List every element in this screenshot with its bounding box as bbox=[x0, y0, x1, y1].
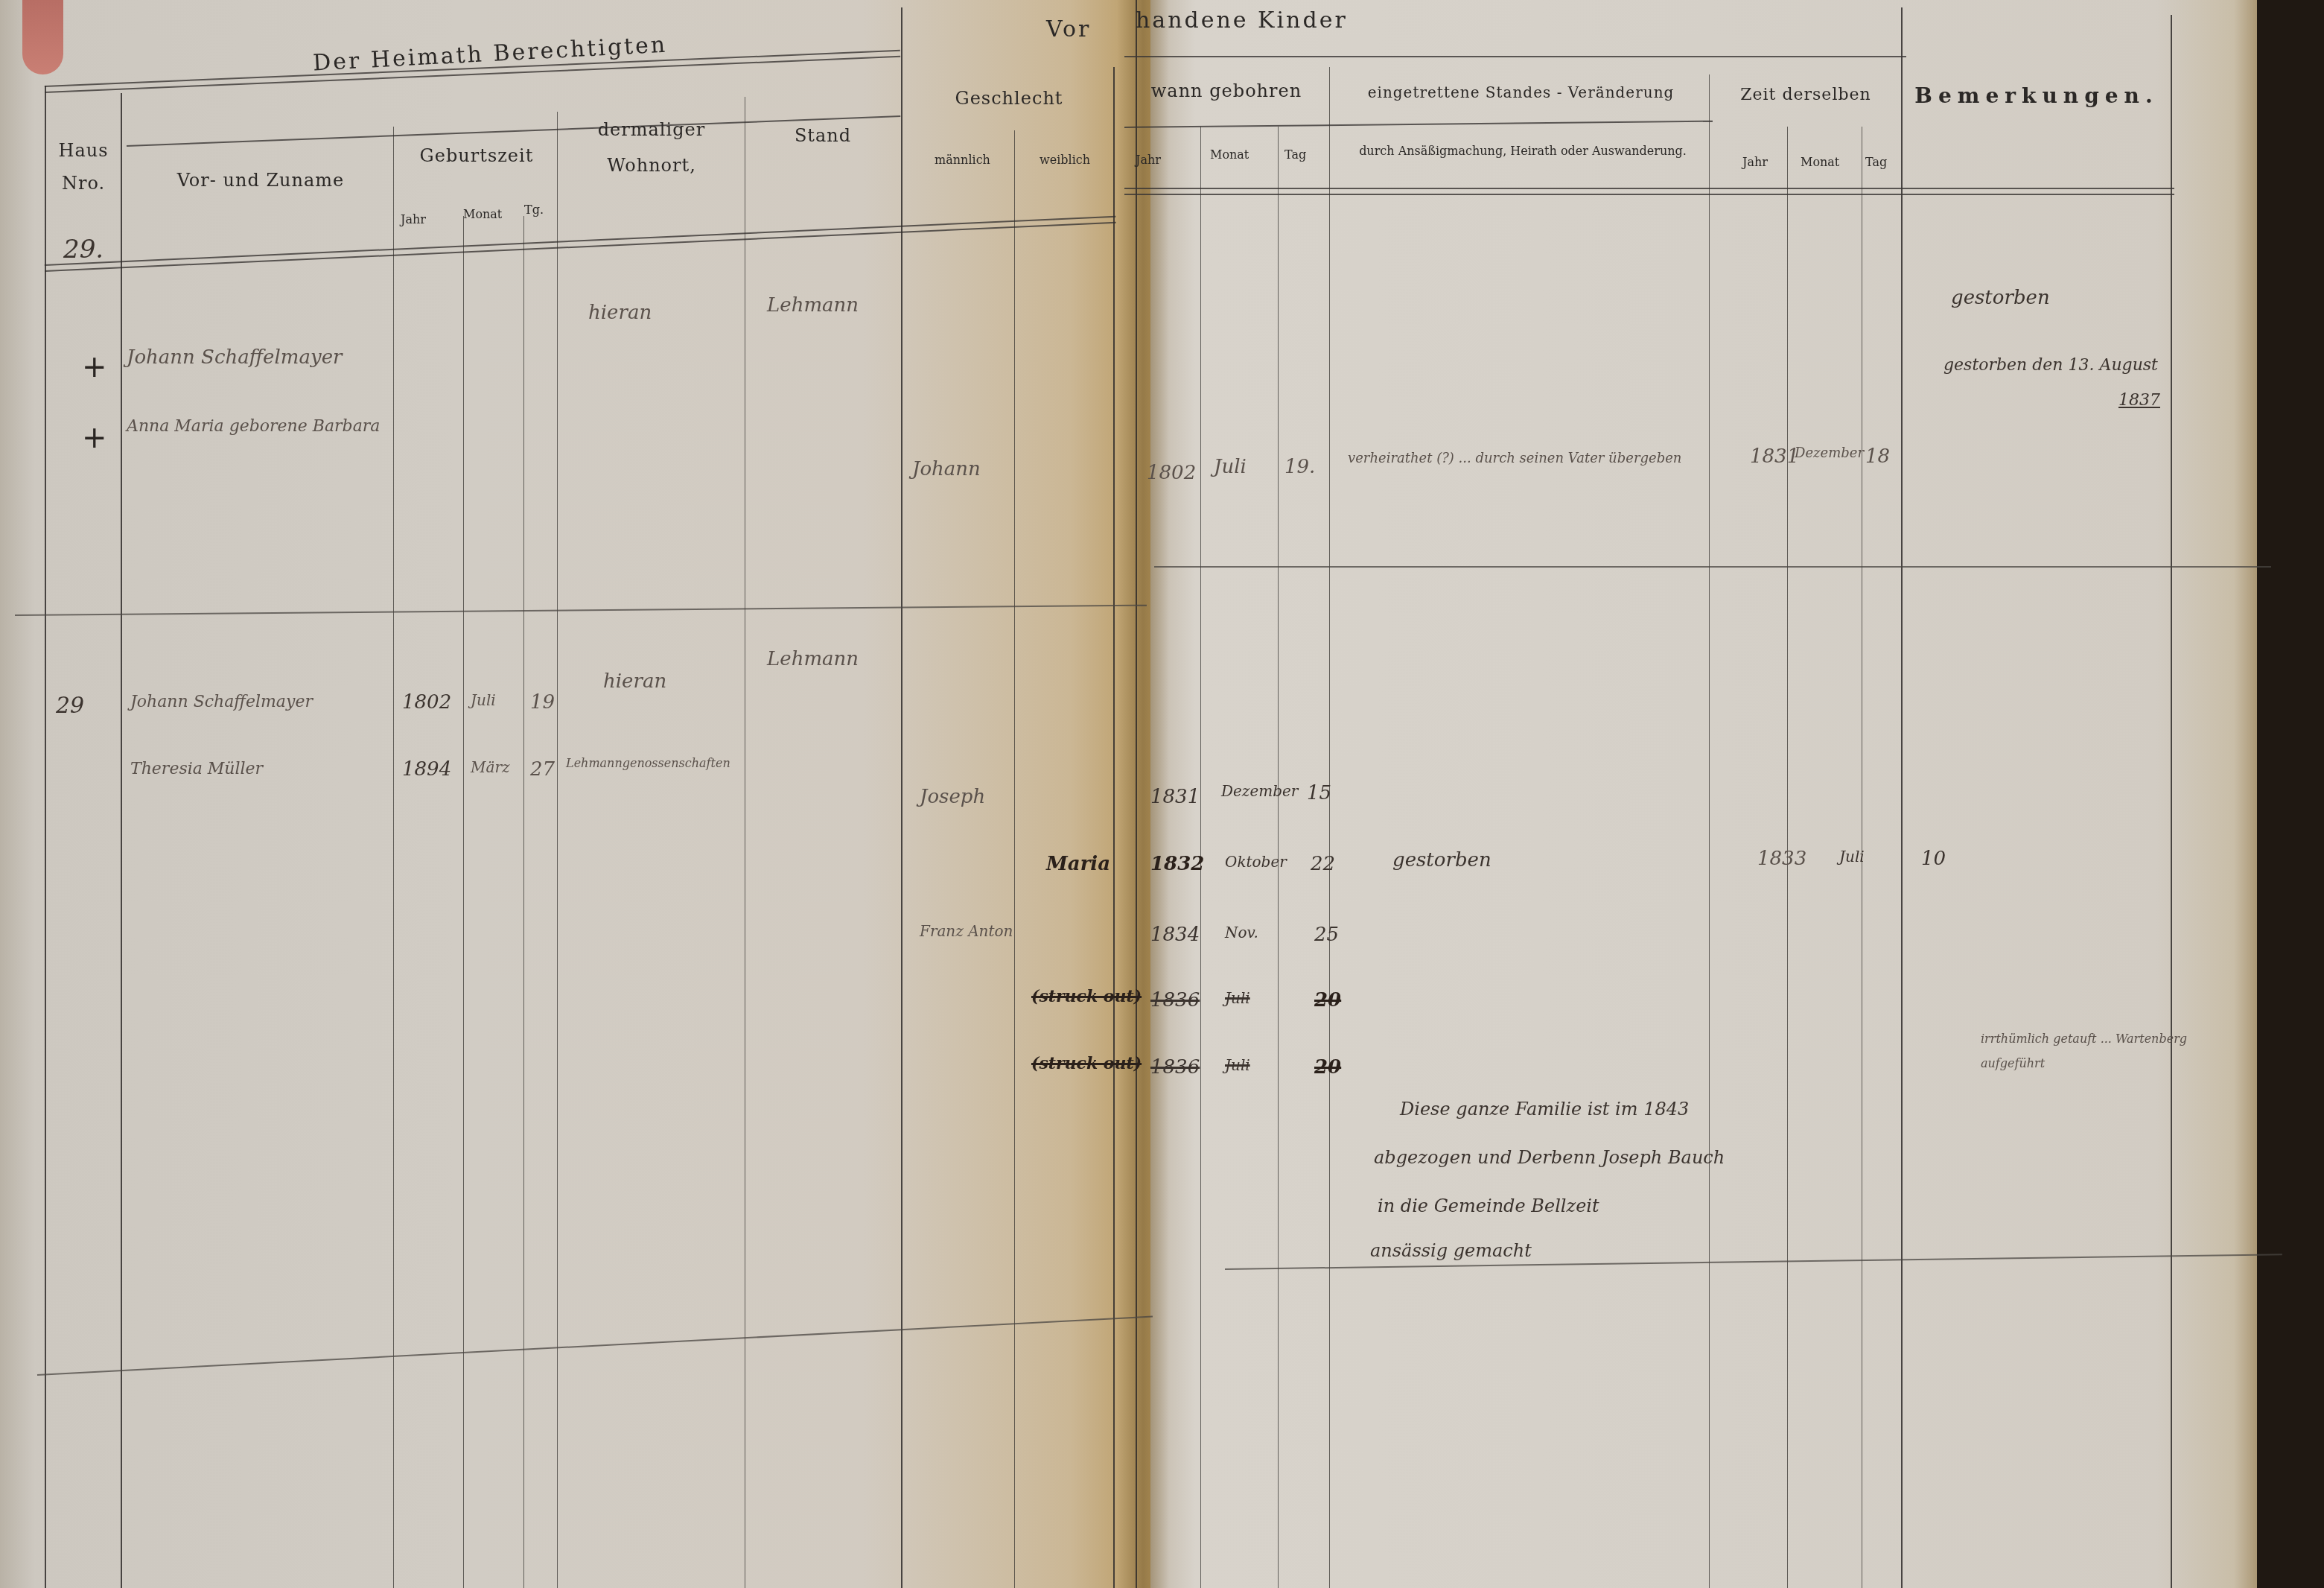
child-day-struck: 20 bbox=[1314, 1056, 1341, 1079]
child-change: gestorben bbox=[1392, 849, 1492, 871]
entry1-child-male: Johann bbox=[912, 458, 981, 480]
col-sex-male: männlich bbox=[912, 153, 1013, 167]
col-birth-month: Monat bbox=[463, 207, 502, 221]
entry1-name-2: Anna Maria geborene Barbara bbox=[127, 417, 380, 436]
rule-v bbox=[1329, 67, 1330, 1588]
deceased-cross-icon: + bbox=[82, 350, 107, 384]
finger-holding-page bbox=[22, 0, 63, 74]
entry1-remark-1: gestorben bbox=[1951, 287, 2050, 309]
rule-v bbox=[1113, 67, 1115, 1588]
rule-v bbox=[2171, 15, 2172, 1588]
section-divider bbox=[1154, 566, 2271, 568]
col-birth-day: Tg. bbox=[524, 203, 544, 217]
book-edge bbox=[2257, 0, 2324, 1588]
ledger-photo: Der Heimath Berechtigten Haus Nro. Vor- … bbox=[0, 0, 2324, 1588]
rule-v bbox=[45, 86, 46, 1588]
col-born: wann gebohren bbox=[1126, 80, 1327, 101]
spread-title-right: handene Kinder bbox=[1136, 7, 1348, 34]
entry1-change-day: 18 bbox=[1865, 445, 1890, 468]
child-year: 1831 bbox=[1150, 786, 1200, 808]
rule-v bbox=[1136, 0, 1137, 1588]
entry1-child-year: 1802 bbox=[1147, 462, 1196, 484]
rule-v bbox=[393, 127, 394, 1588]
entry1-child-change: verheirathet (?) ... durch seinen Vater … bbox=[1348, 451, 1698, 466]
child-year-struck: 1836 bbox=[1150, 1056, 1200, 1079]
child-year-struck: 1836 bbox=[1150, 989, 1200, 1011]
child-female-name-struck: (struck out) bbox=[1031, 987, 1142, 1006]
child-change-month: Juli bbox=[1839, 848, 1865, 866]
child-day: 22 bbox=[1311, 853, 1335, 875]
child-male-name: Joseph bbox=[920, 786, 985, 808]
col-change-day: Tag bbox=[1865, 155, 1887, 169]
col-name: Vor- und Zuname bbox=[134, 170, 387, 191]
entry1-child-month: Juli bbox=[1214, 456, 1247, 478]
entry1-remark-2: gestorben den 13. August bbox=[1943, 356, 2158, 375]
rule-v bbox=[1901, 7, 1903, 1588]
child-year: 1834 bbox=[1150, 924, 1200, 946]
col-change-year: Jahr bbox=[1742, 155, 1768, 169]
child-change-day: 10 bbox=[1921, 848, 1946, 870]
col-remarks: Bemerkungen. bbox=[1910, 83, 2163, 108]
entry1-name-1: Johann Schaffelmayer bbox=[127, 346, 342, 369]
entry2-remark-1: irrthümlich getauft ... Wartenberg bbox=[1981, 1032, 2187, 1046]
entry2-parent1-year: 1802 bbox=[402, 691, 451, 714]
col-born-year: Jahr bbox=[1136, 153, 1161, 167]
header-house-number: 29. bbox=[63, 235, 104, 264]
entry2-parent1-residence: hieran bbox=[603, 670, 666, 693]
col-sex-female: weiblich bbox=[1016, 153, 1113, 167]
entry2-parent1-status: Lehmann bbox=[767, 648, 859, 670]
entry2-parent1-day: 19 bbox=[530, 691, 555, 714]
spread-title-left: Vor bbox=[1046, 16, 1091, 42]
rule-v bbox=[523, 216, 524, 1588]
child-month: Oktober bbox=[1225, 853, 1287, 871]
entry1-change-month: Dezember bbox=[1795, 445, 1864, 461]
col-residence: dermaliger Wohnort, bbox=[566, 112, 737, 183]
child-month-struck: Juli bbox=[1225, 1056, 1250, 1074]
col-born-day: Tag bbox=[1284, 147, 1306, 162]
col-birth: Geburtszeit bbox=[398, 145, 555, 166]
entry2-parent1-name: Johann Schaffelmayer bbox=[130, 693, 313, 711]
col-change-date: Zeit derselben bbox=[1713, 86, 1899, 104]
child-month: Dezember bbox=[1221, 782, 1298, 800]
entry1-status: Lehmann bbox=[767, 294, 859, 317]
rule-v bbox=[1709, 74, 1710, 1588]
rule-v bbox=[557, 112, 558, 1588]
header-top-rule-right bbox=[1124, 56, 1906, 57]
rule-v bbox=[463, 216, 464, 1588]
col-birth-year: Jahr bbox=[401, 212, 426, 226]
deceased-cross-icon: + bbox=[82, 421, 107, 455]
entry1-child-day: 19. bbox=[1284, 456, 1315, 478]
rule-v bbox=[121, 93, 122, 1588]
family-note-line-3: in die Gemeinde Bellzeit bbox=[1378, 1195, 1599, 1216]
child-female-name: Maria bbox=[1046, 853, 1110, 875]
rule-v bbox=[1014, 130, 1015, 1588]
rule-v bbox=[745, 97, 745, 1588]
entry2-parent2-month: März bbox=[471, 758, 510, 776]
entry1-remark-year: 1837 bbox=[2118, 391, 2160, 410]
col-house-no: Haus Nro. bbox=[46, 134, 121, 200]
col-status-change: eingetrettene Standes - Veränderung bbox=[1337, 83, 1705, 101]
entry2-remark-2: aufgeführt bbox=[1981, 1056, 2045, 1070]
entry2-parent1-month: Juli bbox=[471, 691, 496, 709]
entry1-residence: hieran bbox=[588, 302, 652, 324]
child-day: 25 bbox=[1314, 924, 1339, 946]
entry2-parent2-residence: Lehmanngenossenschaften bbox=[566, 756, 730, 770]
entry2-house-no: 29 bbox=[56, 693, 84, 719]
col-born-month: Monat bbox=[1210, 147, 1249, 162]
entry2-parent2-name: Theresia Müller bbox=[130, 760, 263, 778]
entry2-parent2-year: 1894 bbox=[402, 758, 451, 781]
child-change-year: 1833 bbox=[1757, 848, 1806, 870]
child-male-name: Franz Anton bbox=[920, 922, 1013, 940]
col-change-month: Monat bbox=[1801, 155, 1839, 169]
child-female-name-struck: (struck out) bbox=[1031, 1054, 1142, 1073]
family-note-line-1: Diese ganze Familie ist im 1843 bbox=[1400, 1099, 1689, 1119]
child-day: 15 bbox=[1307, 782, 1331, 804]
child-day-struck: 20 bbox=[1314, 989, 1341, 1011]
header-bottom-rule-right bbox=[1124, 188, 2174, 195]
entry2-parent2-day: 27 bbox=[530, 758, 555, 781]
col-status: Stand bbox=[752, 125, 894, 146]
entry1-change-year: 1831 bbox=[1750, 445, 1799, 468]
family-note-line-4: ansässig gemacht bbox=[1370, 1240, 1532, 1261]
child-month: Nov. bbox=[1225, 924, 1258, 941]
col-sex: Geschlecht bbox=[905, 88, 1113, 109]
child-month-struck: Juli bbox=[1225, 989, 1250, 1007]
family-note-line-2: abgezogen und Derbenn Joseph Bauch bbox=[1374, 1147, 1725, 1168]
child-year: 1832 bbox=[1150, 853, 1204, 875]
col-status-change-sub: durch Ansäßigmachung, Heirath oder Auswa… bbox=[1355, 142, 1690, 161]
rule-v bbox=[901, 7, 902, 1588]
